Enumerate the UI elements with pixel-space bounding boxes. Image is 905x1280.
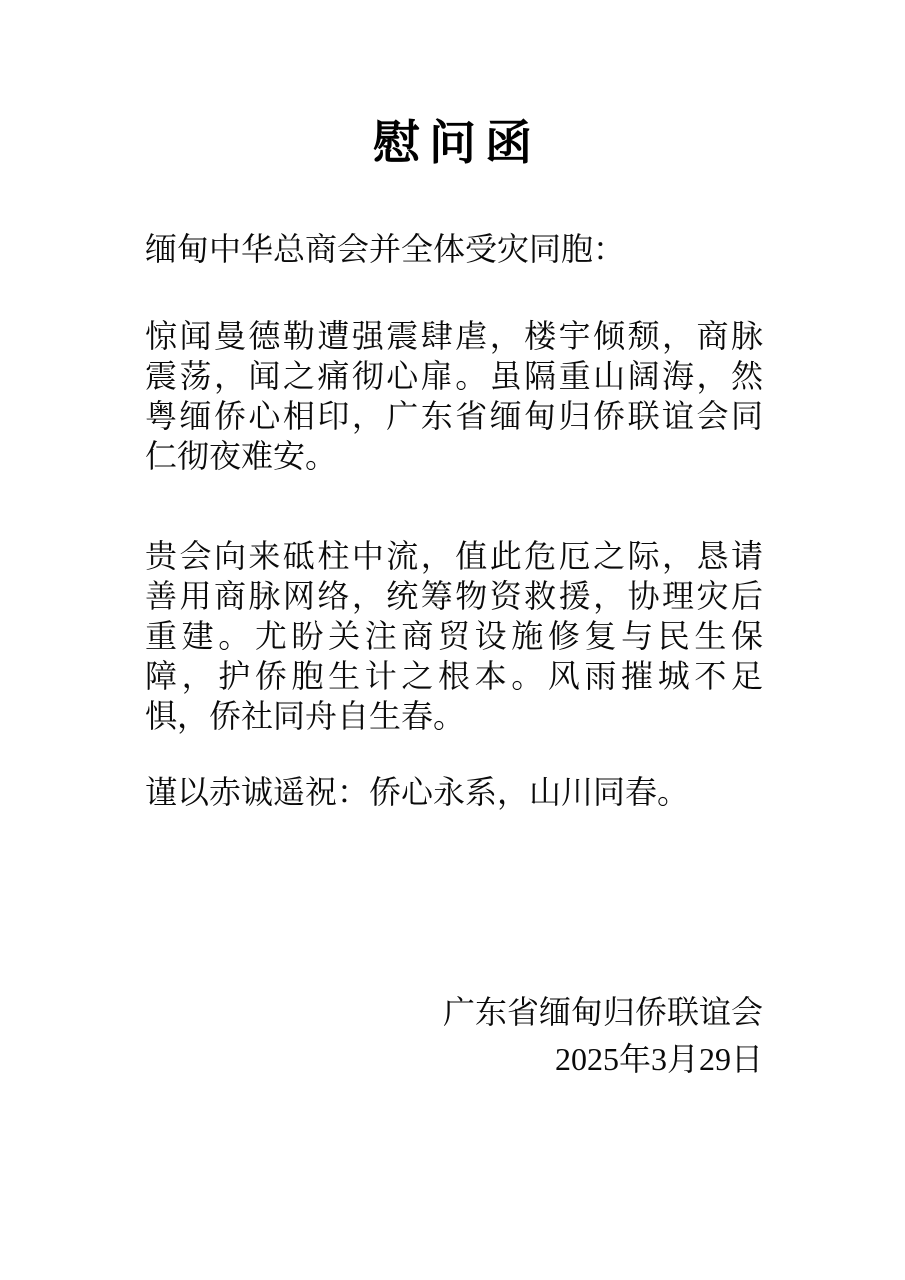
letter-title: 慰问函 xyxy=(0,117,905,169)
body-line: 贵会向来砥柱中流，值此危厄之际，恳请 xyxy=(145,536,763,576)
date-line: 2025年3月29日 xyxy=(145,1039,763,1079)
body-line: 惊闻曼德勒遭强震肆虐，楼宇倾颓，商脉 xyxy=(145,316,763,356)
body-line: 障，护侨胞生计之根本。风雨摧城不足 xyxy=(145,656,763,696)
body-line: 仁彻夜难安。 xyxy=(145,436,763,476)
salutation-block: 缅甸中华总商会并全体受灾同胞： xyxy=(145,229,763,269)
body-line: 重建。尤盼关注商贸设施修复与民生保 xyxy=(145,616,763,656)
body-line: 震荡，闻之痛彻心扉。虽隔重山阔海，然 xyxy=(145,356,763,396)
body-line: 粤缅侨心相印，广东省缅甸归侨联谊会同 xyxy=(145,396,763,436)
salutation-line: 缅甸中华总商会并全体受灾同胞： xyxy=(145,229,763,269)
closing-block: 谨以赤诚遥祝：侨心永系，山川同春。 xyxy=(145,772,763,812)
paragraph-1: 惊闻曼德勒遭强震肆虐，楼宇倾颓，商脉 震荡，闻之痛彻心扉。虽隔重山阔海，然 粤缅… xyxy=(145,316,763,476)
body-line: 惧，侨社同舟自生春。 xyxy=(145,696,763,736)
letter-page: 慰问函 缅甸中华总商会并全体受灾同胞： 惊闻曼德勒遭强震肆虐，楼宇倾颓，商脉 震… xyxy=(0,0,905,1280)
closing-line: 谨以赤诚遥祝：侨心永系，山川同春。 xyxy=(145,772,763,812)
signature-line: 广东省缅甸归侨联谊会 xyxy=(145,992,763,1032)
body-line: 善用商脉网络，统筹物资救援，协理灾后 xyxy=(145,576,763,616)
paragraph-2: 贵会向来砥柱中流，值此危厄之际，恳请 善用商脉网络，统筹物资救援，协理灾后 重建… xyxy=(145,536,763,736)
